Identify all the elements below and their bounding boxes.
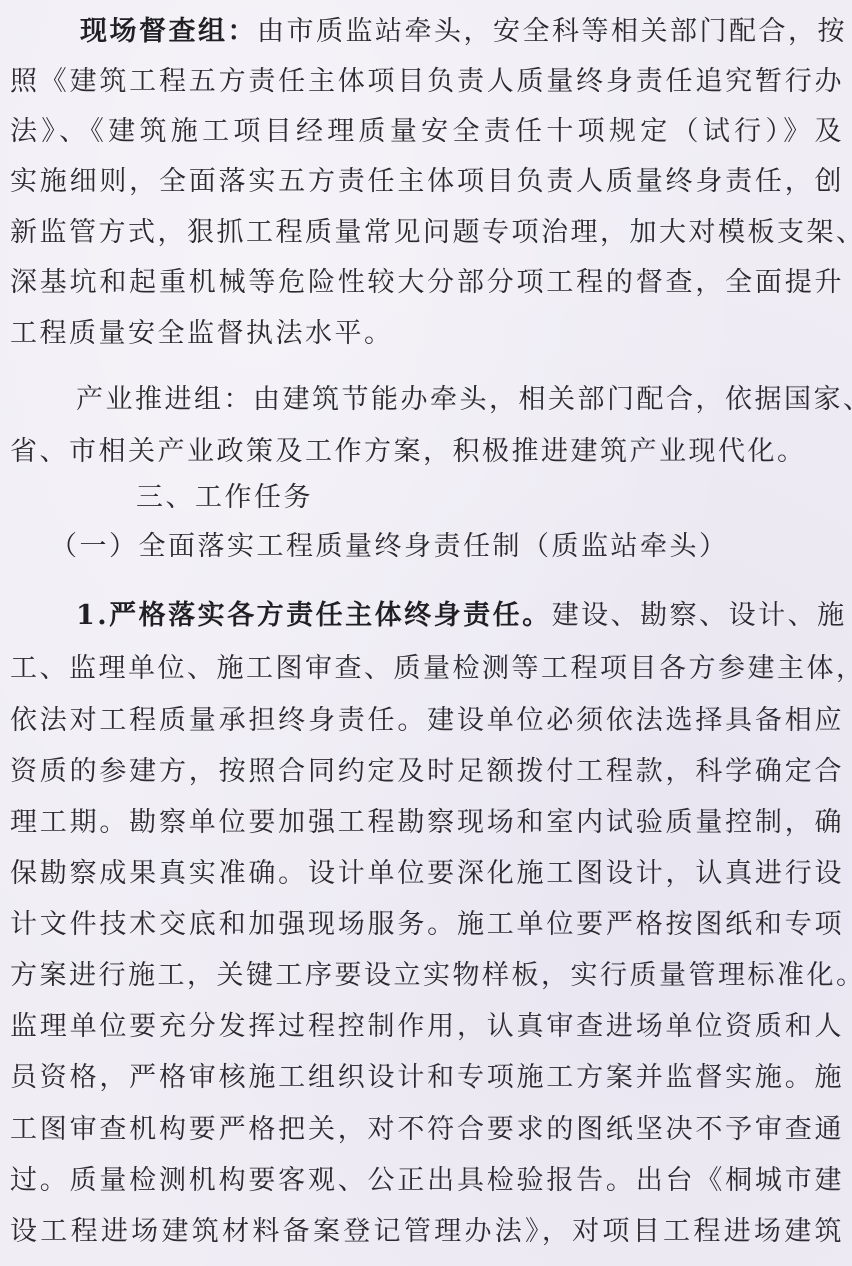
line-text: 工程质量安全监督执法水平。 bbox=[10, 318, 394, 349]
item-heading: 1.严格落实各方责任主体终身责任。 bbox=[76, 600, 552, 631]
line-text: 设工程进场建筑材料备案登记管理办法》，对项目工程进场建筑 bbox=[10, 1216, 844, 1247]
subsection-heading: （一）全面落实工程质量终身责任制（质监站牵头） bbox=[10, 523, 844, 571]
paragraph-line: 工、监理单位、施工图审查、质量检测等工程项目各方参建主体， bbox=[10, 645, 844, 693]
paragraph-line: 过。质量检测机构要客观、公正出具检验报告。出台《桐城市建 bbox=[10, 1157, 844, 1205]
paragraph-line: 照《建筑工程五方责任主体项目负责人质量终身责任追究暂行办 bbox=[10, 58, 844, 106]
paragraph-line: 计文件技术交底和加强现场服务。施工单位要严格按图纸和专项 bbox=[10, 901, 844, 949]
line-text: 工、监理单位、施工图审查、质量检测等工程项目各方参建主体， bbox=[10, 653, 852, 684]
paragraph-line: 监理单位要充分发挥过程控制作用，认真审查进场单位资质和人 bbox=[10, 1003, 844, 1051]
line-text: 工图审查机构要严格把关，对不符合要求的图纸坚决不予审查通 bbox=[10, 1114, 844, 1145]
paragraph-line: 工程质量安全监督执法水平。 bbox=[10, 310, 844, 358]
line-text: 计文件技术交底和加强现场服务。施工单位要严格按图纸和专项 bbox=[10, 909, 844, 940]
line-text: 方案进行施工，关键工序要设立实物样板，实行质量管理标准化。 bbox=[10, 960, 852, 991]
line-text: 法》、《建筑施工项目经理质量安全责任十项规定（试行）》及 bbox=[10, 116, 844, 147]
paragraph-line: 保勘察成果真实准确。设计单位要深化施工图设计，认真进行设 bbox=[10, 850, 844, 898]
section-heading-text: 三、工作任务 bbox=[136, 482, 313, 513]
line-text: 实施细则，全面落实五方责任主体项目负责人质量终身责任，创 bbox=[10, 166, 844, 197]
paragraph-line: 法》、《建筑施工项目经理质量安全责任十项规定（试行）》及 bbox=[10, 108, 844, 156]
line-text: 保勘察成果真实准确。设计单位要深化施工图设计，认真进行设 bbox=[10, 858, 844, 889]
paragraph-line: 资质的参建方，按照合同约定及时足额拨付工程款，科学确定合 bbox=[10, 748, 844, 796]
paragraph-line: 工图审查机构要严格把关，对不符合要求的图纸坚决不予审查通 bbox=[10, 1106, 844, 1154]
paragraph-line: 设工程进场建筑材料备案登记管理办法》，对项目工程进场建筑 bbox=[10, 1208, 844, 1256]
line-text: 新监管方式，狠抓工程质量常见问题专项治理，加大对模板支架、 bbox=[10, 217, 852, 248]
line-text: 监理单位要充分发挥过程控制作用，认真审查进场单位资质和人 bbox=[10, 1011, 844, 1042]
line-text: 省、市相关产业政策及工作方案，积极推进建筑产业现代化。 bbox=[10, 436, 807, 467]
subsection-heading-text: （一）全面落实工程质量终身责任制（质监站牵头） bbox=[50, 531, 729, 562]
line-text: 产业推进组：由建筑节能办牵头，相关部门配合，依据国家、 bbox=[76, 384, 852, 415]
paragraph-line: 现场督查组：由市质监站牵头，安全科等相关部门配合，按 bbox=[10, 8, 844, 56]
paragraph-line: 实施细则，全面落实五方责任主体项目负责人质量终身责任，创 bbox=[10, 158, 844, 206]
paragraph-line: 省、市相关产业政策及工作方案，积极推进建筑产业现代化。 bbox=[10, 428, 844, 476]
line-text: 员资格，严格审核施工组织设计和专项施工方案并监督实施。施 bbox=[10, 1062, 844, 1093]
line-text: 建设、勘察、设计、施 bbox=[552, 600, 847, 631]
section-heading: 三、工作任务 bbox=[10, 474, 844, 522]
line-text: 理工期。勘察单位要加强工程勘察现场和室内试验质量控制，确 bbox=[10, 807, 844, 838]
paragraph-line: 深基坑和起重机械等危险性较大分部分项工程的督查，全面提升 bbox=[10, 259, 844, 307]
document-page: 现场督查组：由市质监站牵头，安全科等相关部门配合，按 照《建筑工程五方责任主体项… bbox=[0, 0, 852, 1266]
paragraph-line: 员资格，严格审核施工组织设计和专项施工方案并监督实施。施 bbox=[10, 1054, 844, 1102]
line-text: 由市质监站牵头，安全科等相关部门配合，按 bbox=[257, 16, 847, 47]
paragraph-line: 依法对工程质量承担终身责任。建设单位必须依法选择具备相应 bbox=[10, 697, 844, 745]
line-text: 照《建筑工程五方责任主体项目负责人质量终身责任追究暂行办 bbox=[10, 66, 844, 97]
paragraph-line: 新监管方式，狠抓工程质量常见问题专项治理，加大对模板支架、 bbox=[10, 209, 844, 257]
paragraph-heading: 现场督查组： bbox=[80, 16, 257, 47]
line-text: 深基坑和起重机械等危险性较大分部分项工程的督查，全面提升 bbox=[10, 267, 844, 298]
paragraph-line: 产业推进组：由建筑节能办牵头，相关部门配合，依据国家、 bbox=[10, 376, 844, 424]
paragraph-line: 方案进行施工，关键工序要设立实物样板，实行质量管理标准化。 bbox=[10, 952, 844, 1000]
paragraph-line: 1.严格落实各方责任主体终身责任。建设、勘察、设计、施 bbox=[10, 592, 844, 640]
line-text: 依法对工程质量承担终身责任。建设单位必须依法选择具备相应 bbox=[10, 705, 844, 736]
line-text: 资质的参建方，按照合同约定及时足额拨付工程款，科学确定合 bbox=[10, 756, 844, 787]
paragraph-line: 理工期。勘察单位要加强工程勘察现场和室内试验质量控制，确 bbox=[10, 799, 844, 847]
line-text: 过。质量检测机构要客观、公正出具检验报告。出台《桐城市建 bbox=[10, 1165, 844, 1196]
